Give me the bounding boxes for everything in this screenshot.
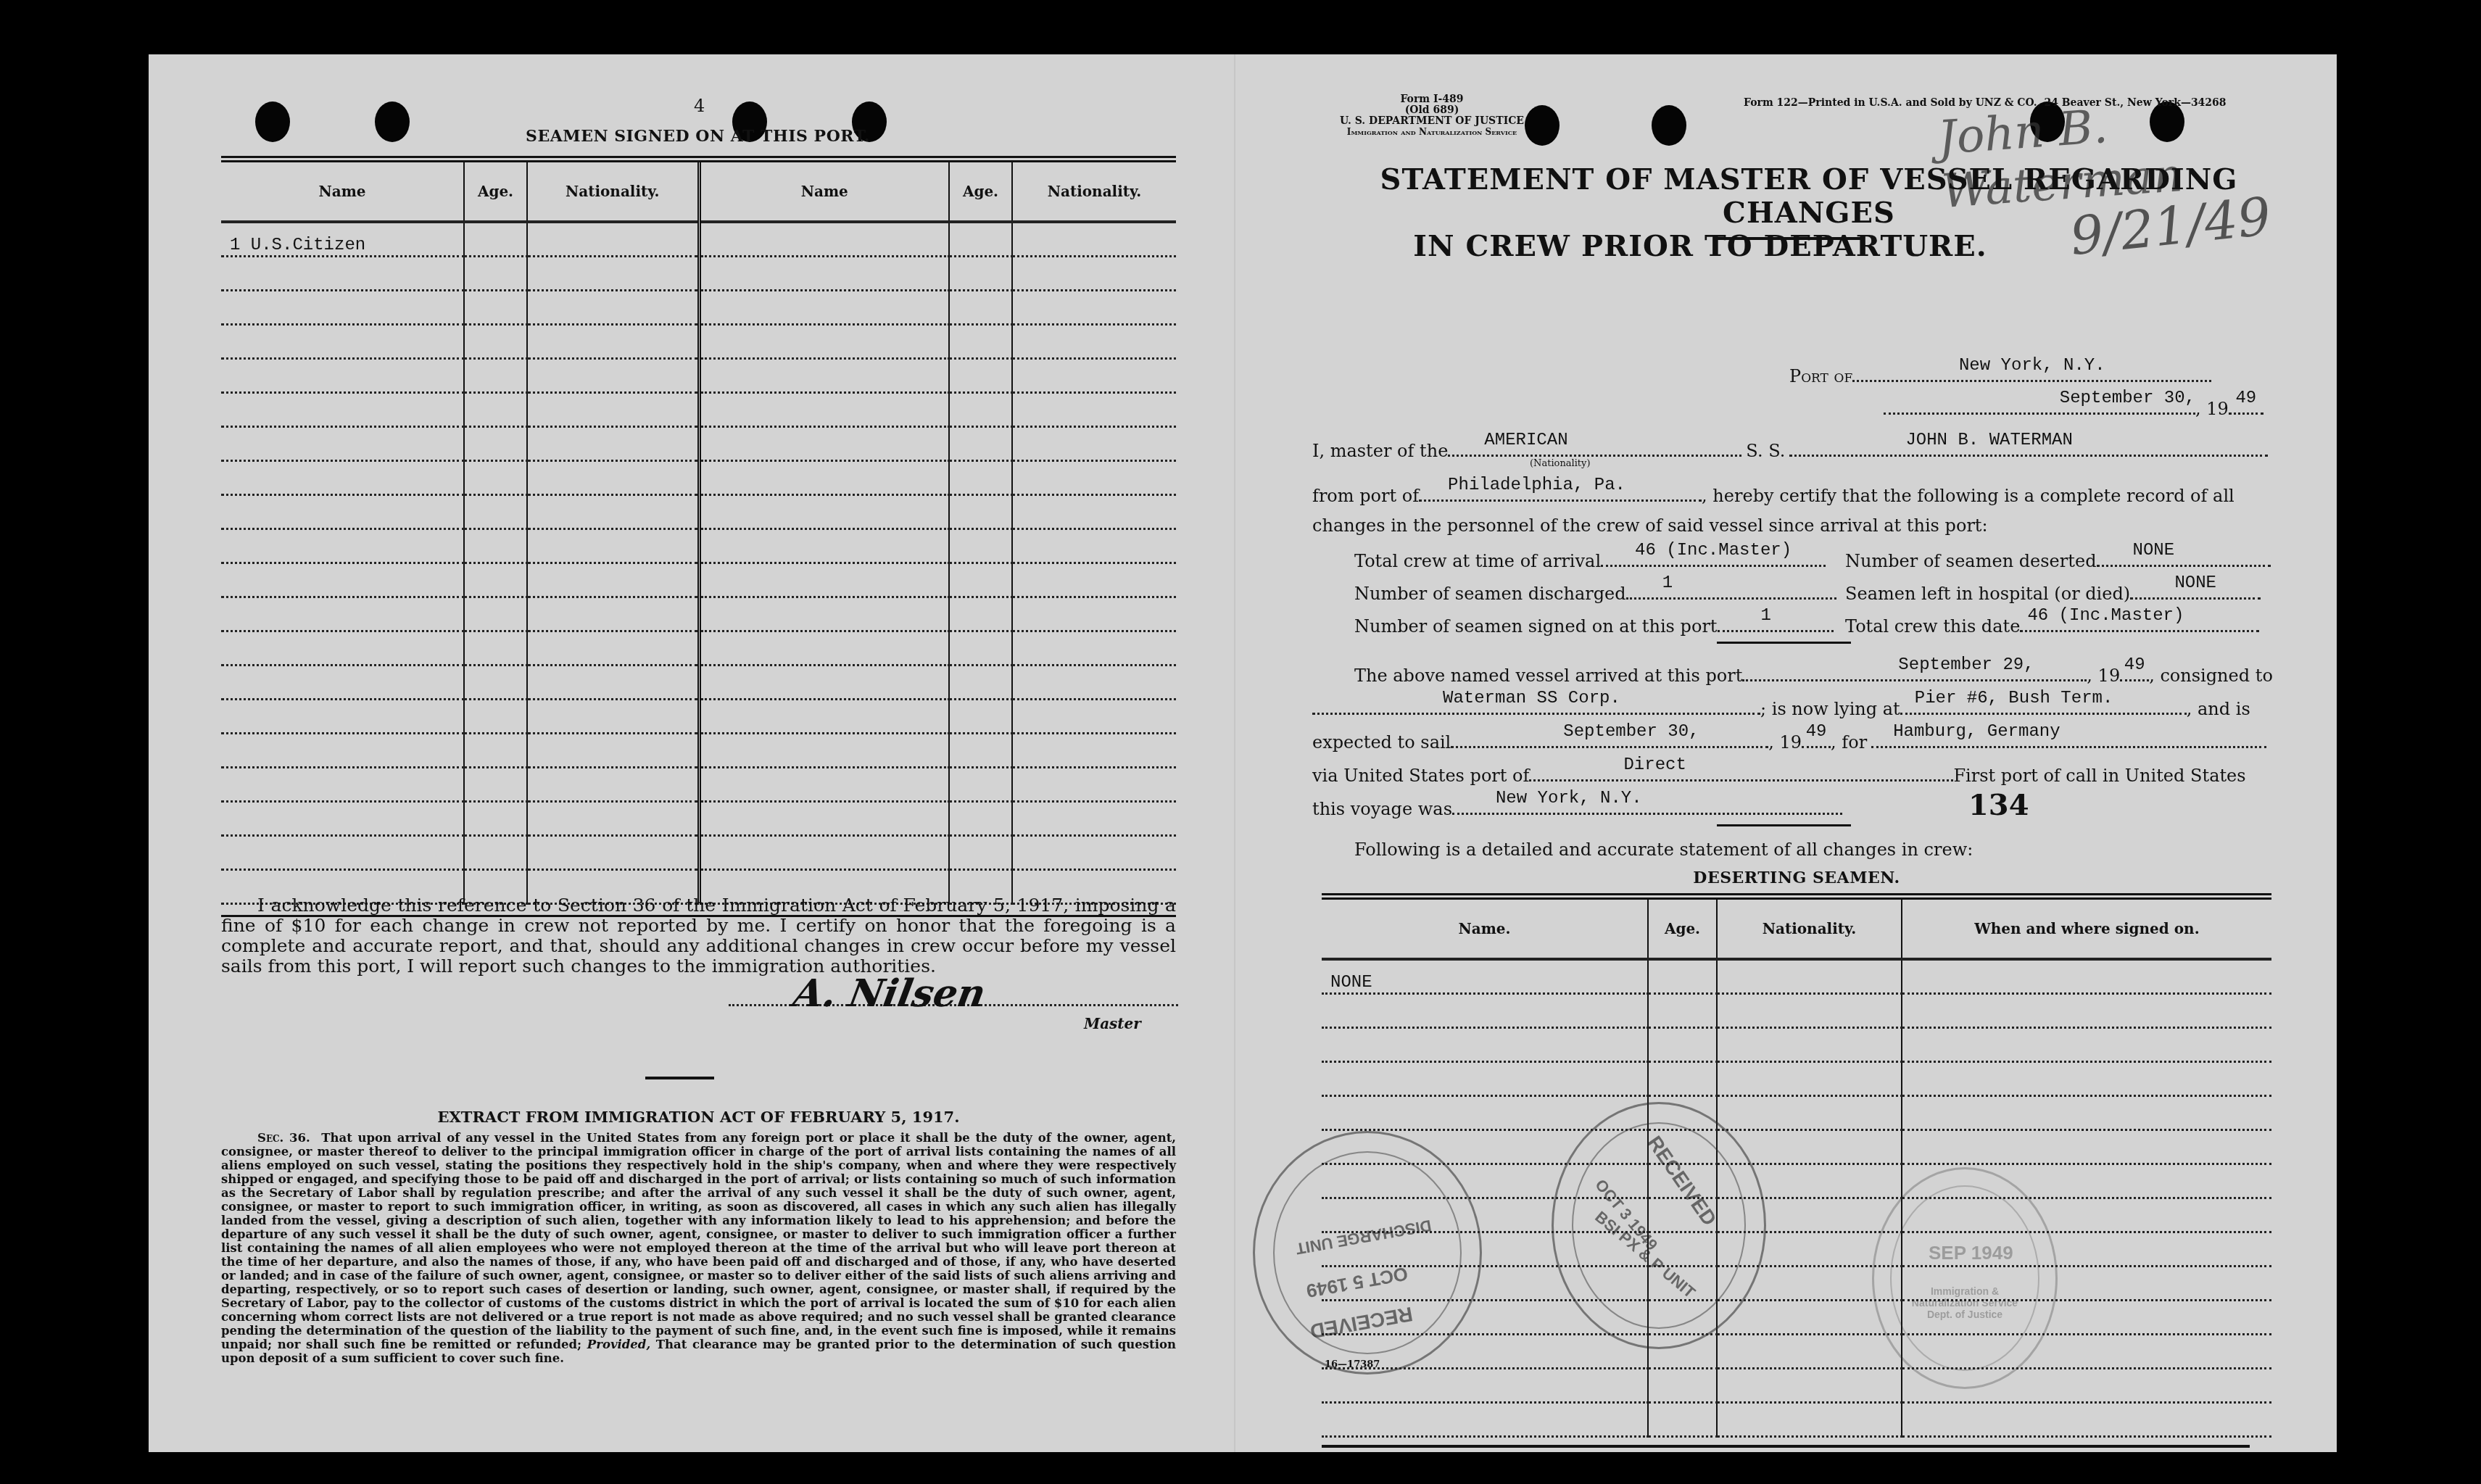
column-header: Age. [464,162,527,222]
table-cell[interactable] [1902,1096,2271,1130]
first-port-field[interactable]: New York, N.Y. [1452,795,1842,815]
table-cell[interactable] [1012,666,1176,700]
table-row [221,325,1176,359]
table-cell[interactable] [527,222,699,257]
table-cell[interactable] [1648,1028,1717,1062]
table-cell[interactable] [221,836,464,870]
table-cell[interactable] [1012,597,1176,631]
sail-year-field[interactable]: 49 [1802,729,1831,748]
table-cell[interactable] [527,768,699,802]
table-header: Name. Age. Nationality. When and where s… [1322,900,2271,959]
from-port-field[interactable]: Philadelphia, Pa. [1419,482,1702,502]
column-header: Age. [949,162,1012,222]
table-cell[interactable] [949,836,1012,870]
table-row [221,802,1176,836]
department-name: U. S. DEPARTMENT OF JUSTICE [1294,116,1570,127]
table-cell[interactable] [949,631,1012,666]
deserting-seamen-table: Name. Age. Nationality. When and where s… [1322,893,2271,1448]
table-row [221,666,1176,700]
table-cell[interactable] [1322,1062,1648,1096]
table-cell[interactable] [1322,994,1648,1028]
document-sheet: 4 SEAMEN SIGNED ON AT THIS PORT. Name Ag… [149,54,2337,1452]
table-header: Name Age. Nationality. Name Age. Nationa… [221,162,1176,222]
table-cell[interactable] [949,597,1012,631]
table-cell[interactable] [464,291,527,325]
extract-title: EXTRACT FROM IMMIGRATION ACT OF FEBRUARY… [221,1108,1176,1126]
table-cell[interactable] [464,597,527,631]
consignee-field[interactable]: Waterman SS Corp. [1312,695,1760,715]
short-rule [645,1077,714,1079]
table-cell[interactable] [699,768,949,802]
table-cell[interactable] [221,563,464,597]
via-port-line: via United States port ofDirectFirst por… [1312,762,2246,786]
table-cell[interactable] [699,495,949,529]
table-cell[interactable] [527,802,699,836]
column-header: When and where signed on. [1902,900,2271,959]
table-cell[interactable] [699,802,949,836]
table-cell[interactable] [699,359,949,393]
vessel-name-field[interactable]: JOHN B. WATERMAN [1789,437,2268,457]
table-cell[interactable] [464,836,527,870]
table-cell[interactable] [221,495,464,529]
table-cell[interactable] [527,666,699,700]
table-cell[interactable] [699,597,949,631]
table-cell[interactable] [699,700,949,734]
table-cell[interactable] [1717,1335,1902,1369]
table-cell[interactable] [949,393,1012,427]
table-row [221,631,1176,666]
table-cell[interactable] [1717,1301,1902,1335]
table-row [1322,1130,2271,1164]
destination-field[interactable]: Hamburg, Germany [1871,729,2266,748]
page-fold [1234,54,1235,1452]
table-cell[interactable] [699,325,949,359]
table-cell[interactable] [949,427,1012,461]
table-cell[interactable] [1012,461,1176,495]
form-title-line1: STATEMENT OF MASTER OF VESSEL REGARDING … [1309,163,2309,230]
seamen-hospital-field[interactable]: NONE [2130,580,2261,600]
table-cell[interactable] [699,529,949,563]
total-crew-arrival-field[interactable]: 46 (Inc.Master) [1601,547,1826,567]
nationality-hint: (Nationality) [1530,458,1590,469]
column-header: Nationality. [1012,162,1176,222]
table-cell[interactable] [1648,959,1717,994]
table-cell[interactable] [949,359,1012,393]
table-cell[interactable] [527,529,699,563]
table-cell[interactable] [1012,802,1176,836]
table-cell[interactable] [1902,1062,2271,1096]
consignee-line: Waterman SS Corp.; is now lying atPier #… [1312,695,2250,719]
table-cell[interactable] [221,257,464,291]
table-row [221,461,1176,495]
table-cell[interactable] [527,495,699,529]
master-label: Master [1084,1015,1141,1032]
table-cell[interactable] [464,631,527,666]
column-header: Name [221,162,464,222]
date-line: September 30,, 1949 [1884,395,2263,419]
form-old-number: (Old 689) [1294,105,1570,116]
column-header: Nationality. [527,162,699,222]
table-row [221,734,1176,768]
table-cell[interactable] [1648,994,1717,1028]
table-cell[interactable] [949,222,1012,257]
seamen-hospital-line: Seamen left in hospital (or died)NONE [1845,580,2261,604]
table-cell[interactable] [1012,836,1176,870]
table-cell[interactable] [1902,1028,2271,1062]
table-cell[interactable] [221,597,464,631]
table-row [1322,994,2271,1028]
table-cell[interactable] [699,836,949,870]
table-cell[interactable] [527,563,699,597]
seamen-discharged-field[interactable]: 1 [1626,580,1836,600]
punch-hole-icon [1652,105,1686,146]
date-year-field[interactable]: 49 [2229,395,2263,415]
table-cell[interactable] [1902,1403,2271,1437]
table-cell[interactable] [527,836,699,870]
total-crew-date-line: Total crew this date46 (Inc.Master) [1845,613,2259,637]
table-cell[interactable] [1648,1403,1717,1437]
master-of-line: I, master of theAMERICANS. S.JOHN B. WAT… [1312,437,2268,461]
table-row [221,836,1176,870]
table-cell[interactable] [1012,700,1176,734]
table-cell[interactable] [221,768,464,802]
column-header: Name. [1322,900,1648,959]
table-cell[interactable] [949,700,1012,734]
table-cell[interactable] [464,802,527,836]
table-cell[interactable] [1902,1130,2271,1164]
table-cell[interactable] [1012,325,1176,359]
table-cell[interactable] [527,291,699,325]
table-cell[interactable]: NONE [1322,959,1648,994]
seamen-signed-on-field[interactable]: 1 [1718,613,1834,632]
table-cell[interactable] [527,359,699,393]
service-name: Immigration and Naturalization Service [1294,127,1570,138]
table-cell[interactable] [699,257,949,291]
table-cell[interactable] [1717,1028,1902,1062]
table-cell[interactable] [1012,393,1176,427]
table-row [221,597,1176,631]
voyage-line: this voyage wasNew York, N.Y. [1312,795,1842,819]
table-cell[interactable] [699,563,949,597]
table-cell[interactable] [527,597,699,631]
table-cell[interactable] [527,257,699,291]
table-cell[interactable] [699,291,949,325]
table-cell[interactable] [949,802,1012,836]
date-field[interactable]: September 30, [1884,395,2195,415]
table-cell[interactable] [949,257,1012,291]
table-cell[interactable] [464,257,527,291]
table-cell[interactable] [221,325,464,359]
section-divider [1717,824,1851,826]
table-cell[interactable] [1717,1096,1902,1130]
table-row [221,768,1176,802]
table-cell[interactable] [1012,734,1176,768]
table-cell[interactable] [221,700,464,734]
table-cell[interactable] [699,222,949,257]
table-cell[interactable] [1012,495,1176,529]
table-cell[interactable] [527,325,699,359]
sail-date-field[interactable]: September 30, [1451,729,1768,748]
table-cell[interactable] [949,529,1012,563]
table-cell[interactable] [221,427,464,461]
table-cell[interactable] [949,291,1012,325]
immigration-stamp-sep-1949: SEP 1949 Immigration & Naturalization Se… [1872,1167,2058,1389]
via-port-field[interactable]: Direct [1529,762,1953,782]
table-cell[interactable] [221,734,464,768]
table-cell[interactable] [699,427,949,461]
table-cell[interactable] [1322,1028,1648,1062]
table-cell[interactable] [464,222,527,257]
table-row [221,495,1176,529]
column-header: Age. [1648,900,1717,959]
port-of-line: Port ofNew York, N.Y. [1789,362,2211,386]
table-cell[interactable] [221,461,464,495]
form-header: Form I-489 (Old 689) U. S. DEPARTMENT OF… [1294,94,1570,138]
table-cell[interactable] [527,734,699,768]
table-cell[interactable] [949,666,1012,700]
table-cell[interactable] [699,461,949,495]
table-cell[interactable] [221,666,464,700]
arrival-year-field[interactable]: 49 [2120,662,2149,681]
total-crew-date-field[interactable]: 46 (Inc.Master) [2020,613,2259,632]
table-cell[interactable] [527,461,699,495]
table-cell[interactable] [1648,1369,1717,1403]
table-cell[interactable] [527,631,699,666]
table-row [221,393,1176,427]
table-cell[interactable]: 1 U.S.Citizen [221,222,464,257]
table-cell[interactable] [699,666,949,700]
table-cell[interactable] [949,325,1012,359]
table-cell[interactable] [527,700,699,734]
sail-line: expected to sailSeptember 30,, 1949, for… [1312,729,2266,753]
table-cell[interactable] [1648,1062,1717,1096]
following-statement: Following is a detailed and accurate sta… [1354,840,1973,860]
total-crew-arrival-line: Total crew at time of arrival46 (Inc.Mas… [1354,547,1826,571]
table-cell[interactable] [699,631,949,666]
table-cell[interactable] [1902,959,2271,994]
table-cell[interactable] [1012,359,1176,393]
table-row [1322,1335,2271,1369]
nationality-field[interactable]: AMERICAN [1448,437,1741,457]
table-row: NONE [1322,959,2271,994]
table-cell[interactable] [221,631,464,666]
table-cell[interactable] [1012,427,1176,461]
table-cell[interactable] [699,393,949,427]
table-row [221,257,1176,291]
table-cell[interactable] [1717,1369,1902,1403]
form-title-line2: IN CREW PRIOR TO DEPARTURE. [1091,230,2309,263]
section-title: SEAMEN SIGNED ON AT THIS PORT. [221,127,1175,146]
table-cell[interactable] [527,393,699,427]
received-stamp-bsi-unit: RECEIVED OCT 3 1949 BSI PX & P UNIT [1552,1102,1766,1349]
table-row [1322,1062,2271,1096]
table-row [1322,1369,2271,1403]
table-cell[interactable] [1717,1403,1902,1437]
master-signature: A. Nilsen [790,971,990,1016]
table-row [1322,1096,2271,1130]
column-header: Nationality. [1717,900,1902,959]
form-title: STATEMENT OF MASTER OF VESSEL REGARDING … [1309,163,2309,263]
table-row [1322,1028,2271,1062]
received-stamp-discharge-unit: DISCHARGE UNIT OCT 5 1949 RECEIVED [1253,1131,1482,1375]
table-cell[interactable] [464,734,527,768]
table-cell[interactable] [221,529,464,563]
master-signature-block: A. Nilsen Master [729,971,1178,1037]
table-cell[interactable] [464,495,527,529]
table-cell[interactable] [464,666,527,700]
table-cell[interactable] [221,393,464,427]
table-row [221,563,1176,597]
table-row [221,529,1176,563]
table-cell[interactable] [221,802,464,836]
page-number: 4 [694,96,705,116]
seamen-deserted-field[interactable]: NONE [2097,547,2271,567]
table-cell[interactable] [949,768,1012,802]
table-cell[interactable] [464,393,527,427]
table-cell[interactable] [464,529,527,563]
column-header: Name [699,162,949,222]
table-cell[interactable] [1012,768,1176,802]
table-row: 1 U.S.Citizen [221,222,1176,257]
table-cell[interactable] [464,427,527,461]
deserting-seamen-title: DESERTING SEAMEN. [1322,869,2271,887]
table-cell[interactable] [1012,529,1176,563]
table-cell[interactable] [464,768,527,802]
stamped-number: 134 [1968,788,2029,822]
table-cell[interactable] [1717,959,1902,994]
table-cell[interactable] [464,461,527,495]
arrival-date-field[interactable]: September 29, [1742,662,2087,681]
table-cell[interactable] [464,700,527,734]
changes-line: changes in the personnel of the crew of … [1312,515,1988,536]
table-row [221,700,1176,734]
table-cell[interactable] [949,563,1012,597]
table-row [221,359,1176,393]
table-cell[interactable] [464,325,527,359]
table-cell[interactable] [464,359,527,393]
table-cell[interactable] [1717,1062,1902,1096]
arrival-line: The above named vessel arrived at this p… [1354,662,2273,686]
table-cell[interactable] [1322,1403,1648,1437]
table-bottom-rule [1322,1445,2250,1448]
port-field[interactable]: New York, N.Y. [1852,362,2211,382]
table-row [221,291,1176,325]
table-cell[interactable] [1012,563,1176,597]
table-cell[interactable] [1717,994,1902,1028]
title-underline [1717,237,1862,240]
table-cell[interactable] [1012,291,1176,325]
table-cell[interactable] [221,291,464,325]
form-number: Form I-489 [1294,94,1570,105]
seamen-discharged-line: Number of seamen discharged1 [1354,580,1836,604]
table-cell[interactable] [699,734,949,768]
table-cell[interactable] [949,495,1012,529]
seamen-deserted-line: Number of seamen desertedNONE [1845,547,2271,571]
lying-at-field[interactable]: Pier #6, Bush Term. [1900,695,2187,715]
table-row [221,427,1176,461]
table-cell[interactable] [949,461,1012,495]
table-cell[interactable] [1012,631,1176,666]
double-rule [1322,893,2271,900]
table-cell[interactable] [1902,994,2271,1028]
extract-text: Sec. 36. That upon arrival of any vessel… [221,1131,1176,1365]
seamen-signed-on-table: Name Age. Nationality. Name Age. Nationa… [221,156,1176,917]
from-port-line: from port ofPhiladelphia, Pa., hereby ce… [1312,482,2234,506]
section-divider [1717,642,1851,644]
table-cell[interactable] [221,359,464,393]
table-cell[interactable] [949,734,1012,768]
double-rule [221,156,1176,162]
seamen-signed-on-line: Number of seamen signed on at this port1 [1354,613,1834,637]
table-row [1322,1403,2271,1437]
table-cell[interactable] [527,427,699,461]
acknowledgement-text: I acknowledge this reference to Section … [221,895,1176,977]
table-cell[interactable] [464,563,527,597]
